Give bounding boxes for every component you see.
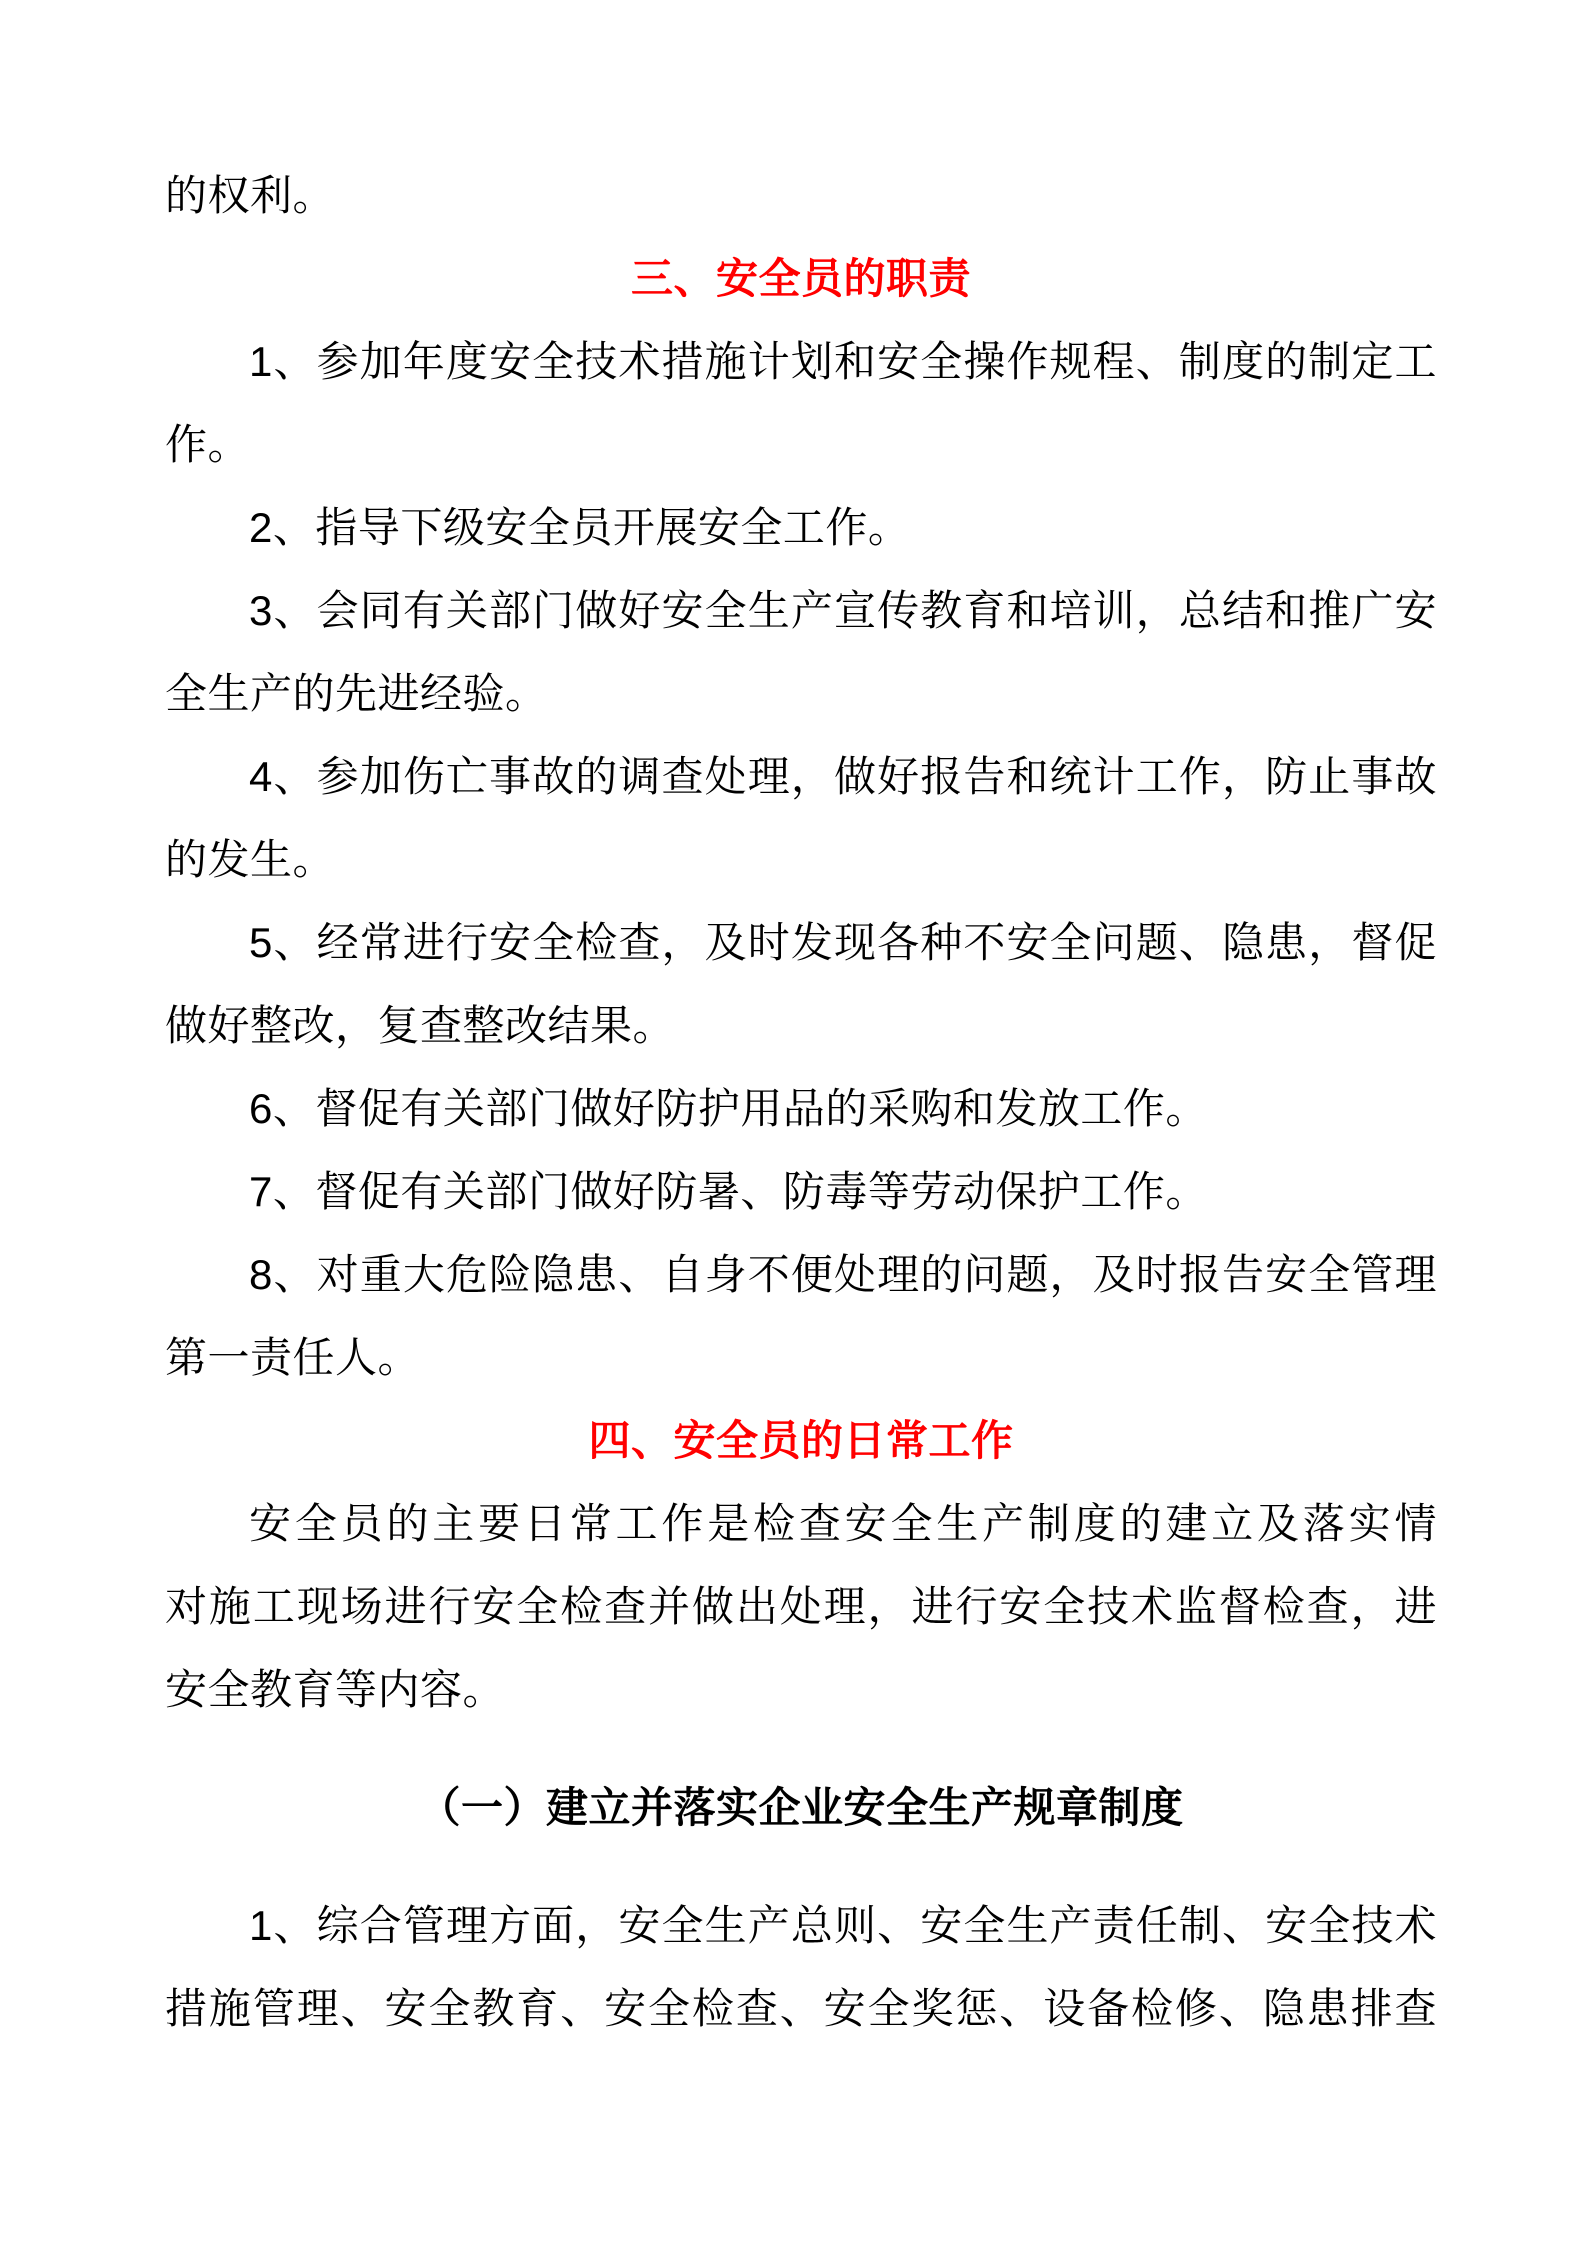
text-line: 措施管理、安全教育、安全检查、安全奖惩、设备检修、隐患排查及 xyxy=(165,1967,1437,2050)
text-line: 作。 xyxy=(165,403,1437,486)
text-line: 5、经常进行安全检查，及时发现各种不安全问题、隐患，督促 xyxy=(165,901,1437,984)
text-line: 4、参加伤亡事故的调查处理，做好报告和统计工作，防止事故 xyxy=(165,735,1437,818)
section-heading-3: 三、安全员的职责 xyxy=(165,237,1437,320)
text-line: 做好整改，复查整改结果。 xyxy=(165,984,1437,1067)
text-line: 对施工现场进行安全检查并做出处理，进行安全技术监督检查，进行 xyxy=(165,1565,1437,1648)
text-line: 1、综合管理方面，安全生产总则、安全生产责任制、安全技术 xyxy=(165,1884,1437,1967)
text-line: 第一责任人。 xyxy=(165,1316,1437,1399)
section-heading-4: 四、安全员的日常工作 xyxy=(165,1399,1437,1482)
text-line: 6、督促有关部门做好防护用品的采购和发放工作。 xyxy=(165,1067,1437,1150)
text-line: 全生产的先进经验。 xyxy=(165,652,1437,735)
text-line: 1、参加年度安全技术措施计划和安全操作规程、制度的制定工 xyxy=(165,320,1437,403)
document-page: 的权利。三、安全员的职责1、参加年度安全技术措施计划和安全操作规程、制度的制定工… xyxy=(0,0,1587,2245)
subsection-heading-1: （一）建立并落实企业安全生产规章制度 xyxy=(165,1766,1437,1849)
text-line: 3、会同有关部门做好安全生产宣传教育和培训，总结和推广安 xyxy=(165,569,1437,652)
text-line: 2、指导下级安全员开展安全工作。 xyxy=(165,486,1437,569)
text-line: 安全教育等内容。 xyxy=(165,1648,1437,1731)
text-line: 的发生。 xyxy=(165,818,1437,901)
text-line: 安全员的主要日常工作是检查安全生产制度的建立及落实情况， xyxy=(165,1482,1437,1565)
text-line: 7、督促有关部门做好防暑、防毒等劳动保护工作。 xyxy=(165,1150,1437,1233)
text-line: 的权利。 xyxy=(165,154,1437,237)
document-body: 的权利。三、安全员的职责1、参加年度安全技术措施计划和安全操作规程、制度的制定工… xyxy=(165,154,1437,2050)
text-line: 8、对重大危险隐患、自身不便处理的问题，及时报告安全管理 xyxy=(165,1233,1437,1316)
